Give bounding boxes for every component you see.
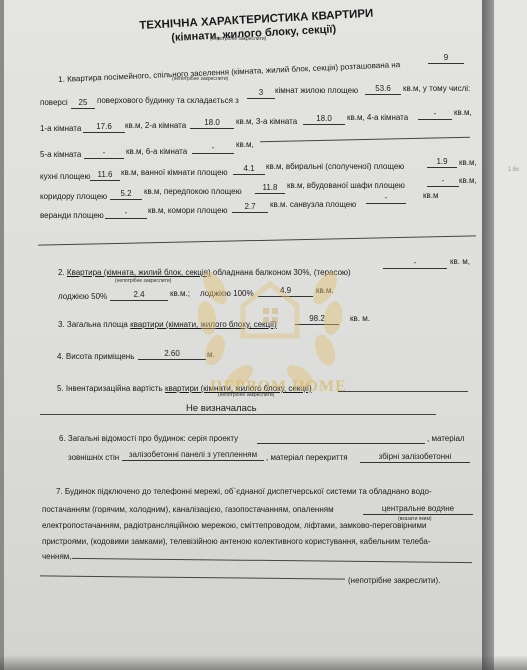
- floors-prefix: поверсі: [40, 98, 68, 108]
- unit: кв.м,: [459, 158, 477, 168]
- project-series: [257, 433, 425, 444]
- blank-line: [338, 391, 468, 392]
- living-area: 53.6: [365, 84, 401, 95]
- rooms-count: 3: [247, 88, 275, 99]
- closet-area: -: [427, 176, 459, 187]
- adjacent-page-mark: 1.6к: [508, 167, 519, 173]
- sanitary-label: кв.м. санвузла площею: [270, 200, 356, 210]
- height-label: 4. Висота приміщень: [57, 352, 134, 362]
- toilet-label: кв.м, вбиральні (сполученої) площею: [266, 162, 404, 172]
- loggia50-area: 2.4: [110, 290, 168, 301]
- closet-label: кв.м, вбудованої шафи площею: [287, 181, 405, 191]
- kitchen-area: 11.6: [90, 170, 120, 181]
- section7-line5: ченням,: [42, 552, 72, 562]
- walls-label: зовнішніх стін: [68, 453, 119, 463]
- unit: кв.м,: [459, 176, 477, 186]
- strike-note: (непотрібне закреслити): [115, 278, 171, 284]
- inventory-value: Не визначалась: [186, 404, 257, 414]
- adjacent-page: [494, 0, 527, 670]
- section7-line1: 7. Будинок підключено до телефонні мереж…: [56, 487, 432, 497]
- ceiling-material-label: , матеріал перекриття: [266, 453, 348, 463]
- room4-label: кв.м, 4-а кімната: [347, 113, 408, 123]
- sanitary-area: -: [366, 193, 406, 204]
- unit: кв.м,: [236, 140, 254, 150]
- floors-suffix: поверхового будинку та складається з: [97, 96, 239, 106]
- room2-area: 18.0: [190, 118, 234, 129]
- room1-label: 1-а кімната: [40, 124, 81, 134]
- room3-label: кв.м, 3-а кімната: [236, 117, 297, 127]
- room4-area: -: [418, 109, 452, 120]
- room3-area: 18.0: [303, 114, 345, 125]
- project-series-label: 6. Загальні відомості про будинок: серія…: [59, 434, 238, 444]
- room5-area: -: [84, 148, 124, 159]
- kitchen-label: кухні площею: [40, 172, 91, 182]
- building-floors: 25: [71, 98, 95, 109]
- section7-line3: електропостачанням, радіотрансляційною м…: [42, 521, 426, 531]
- hall-area: 11.8: [255, 183, 285, 194]
- ceiling-material: збірні залізобетонні: [360, 452, 470, 463]
- section7-line2: постачанням (горячим, холодним), каналіз…: [42, 505, 334, 515]
- hall-label: кв.м, передпокою площею: [144, 187, 242, 197]
- room6-area: -: [192, 143, 234, 154]
- unit: кв. м,: [450, 257, 470, 267]
- corridor-label: коридору площею: [40, 192, 107, 202]
- loggia50-label: лоджією 50%: [58, 292, 107, 302]
- storage-area: 2.7: [232, 202, 268, 213]
- strike-note: (непотрібне закреслити): [210, 36, 266, 42]
- rooms-label: кімнат жилою площею: [275, 86, 358, 96]
- walls-material: залізобетонні панелі з утепленням: [122, 450, 264, 461]
- corridor-area: 5.2: [110, 189, 142, 200]
- footer-note: (непотрібне закреслити).: [348, 576, 440, 586]
- terrace-area: -: [383, 258, 447, 269]
- watermark-text: ПЕРВОМ HOME: [210, 378, 347, 396]
- room1-area: 17.6: [83, 122, 125, 133]
- strike-note: (непотрібне закреслити): [172, 76, 228, 82]
- veranda-area: -: [105, 208, 147, 219]
- section7-line4: пристроями, (кодовими замками), телевізі…: [42, 537, 431, 547]
- watermark-logo-icon: [185, 258, 355, 398]
- room2-label: кв.м, 2-а кімната: [125, 121, 186, 131]
- unit: кв.м,: [454, 108, 472, 118]
- blank-line: [40, 414, 436, 415]
- unit: кв.м: [423, 191, 438, 201]
- veranda-label: веранди площею: [40, 211, 104, 221]
- room6-label: кв.м, 6-а кімната: [126, 147, 187, 157]
- toilet-area: 1.9: [427, 157, 457, 168]
- including-label: кв.м, у тому числі:: [403, 84, 470, 94]
- page-gap: [482, 0, 494, 670]
- storage-label: кв.м, комори площею: [148, 206, 228, 216]
- room5-label: 5-а кімната: [40, 150, 81, 160]
- bath-label: кв.м, ванної кімнати площею: [121, 168, 228, 178]
- photo-shadow: [0, 655, 527, 670]
- floor-value: 9: [428, 53, 464, 64]
- material-label: , матеріал: [427, 434, 465, 444]
- bath-area: 4.1: [233, 164, 265, 175]
- heating-type: центральне водяне: [363, 504, 473, 515]
